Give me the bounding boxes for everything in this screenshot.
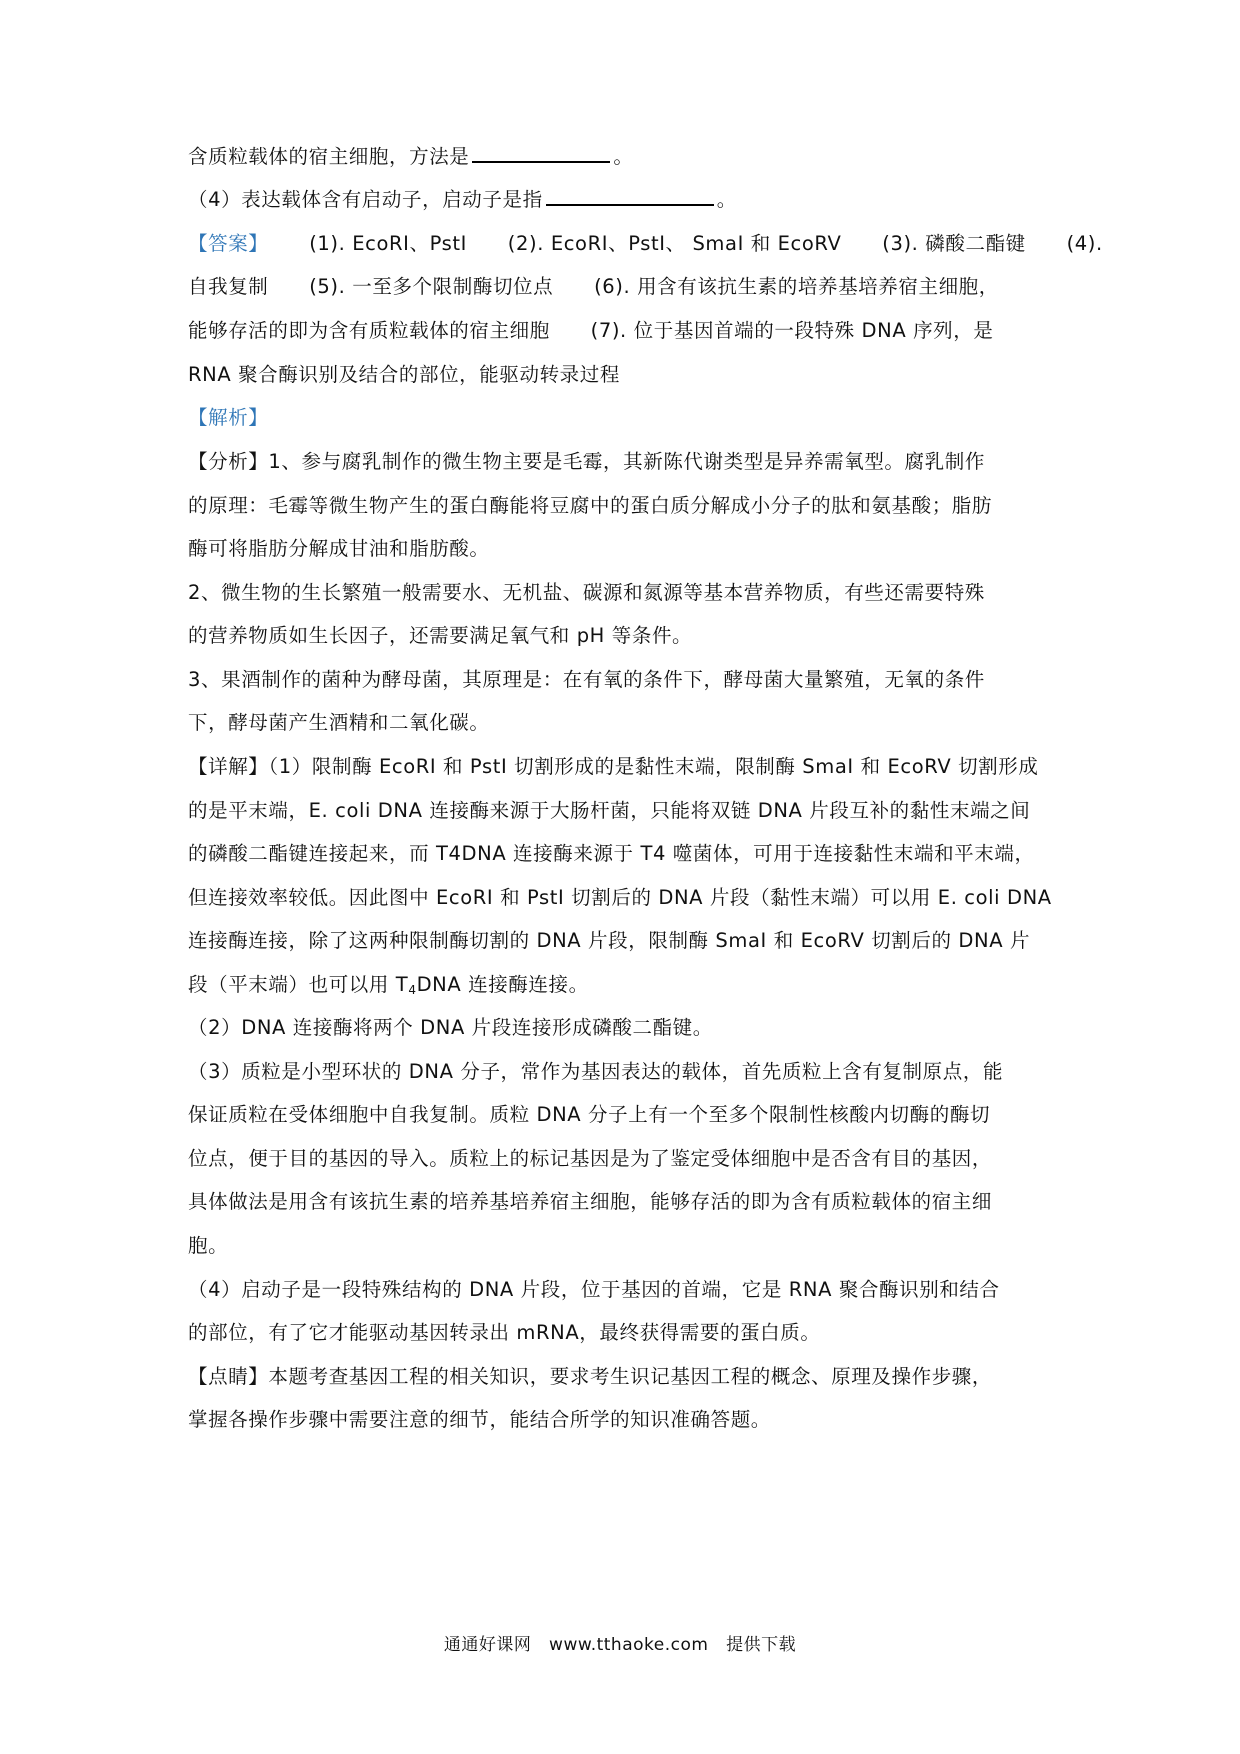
answer-item-1: (1). EcoRI、PstI [309, 232, 467, 255]
document-page: 含质粒载体的宿主细胞，方法是。 （4）表达载体含有启动子，启动子是指。 【答案】… [0, 0, 1240, 1754]
paragraph-text: （3）质粒是小型环状的 DNA 分子，常作为基因表达的载体，首先质粒上含有复制原… [188, 1060, 1003, 1083]
paragraph-text: 掌握各操作步骤中需要注意的细节，能结合所学的知识准确答题。 [188, 1408, 771, 1431]
paragraph-text: （2）DNA 连接酶将两个 DNA 片段连接形成磷酸二酯键。 [188, 1016, 713, 1039]
period: 。 [613, 145, 633, 168]
question-text: （4）表达载体含有启动子，启动子是指 [188, 188, 543, 211]
analysis-heading: 【解析】 [188, 404, 1058, 432]
subscript: 4 [408, 983, 416, 997]
xiangjie-line-3: 的磷酸二酯键连接起来，而 T4DNA 连接酶来源于 T4 噬菌体，可用于连接黏性… [188, 840, 1058, 868]
paragraph-text: 的原理：毛霉等微生物产生的蛋白酶能将豆腐中的蛋白质分解成小分子的肽和氨基酸；脂肪 [188, 494, 992, 517]
analysis-label: 【解析】 [188, 406, 268, 429]
paragraph-text: DNA 连接酶连接。 [417, 973, 589, 996]
paragraph-text: 本题考查基因工程的相关知识，要求考生识记基因工程的概念、原理及操作步骤， [268, 1365, 992, 1388]
footer-site-name: 通通好课网 [444, 1635, 532, 1655]
fenxi-line-2: 的原理：毛霉等微生物产生的蛋白酶能将豆腐中的蛋白质分解成小分子的肽和氨基酸；脂肪 [188, 492, 1058, 520]
xiangjie-line-13: （4）启动子是一段特殊结构的 DNA 片段，位于基因的首端，它是 RNA 聚合酶… [188, 1276, 1058, 1304]
xiangjie-line-6: 段（平末端）也可以用 T4DNA 连接酶连接。 [188, 971, 1058, 1004]
paragraph-text: 连接酶连接，除了这两种限制酶切割的 DNA 片段，限制酶 SmaI 和 EcoR… [188, 929, 1030, 952]
period: 。 [717, 188, 737, 211]
answer-line-1: 【答案】 (1). EcoRI、PstI (2). EcoRI、PstI、 Sm… [188, 230, 1058, 258]
footer-url[interactable]: www.tthaoke.com [549, 1635, 708, 1655]
paragraph-text: 的磷酸二酯键连接起来，而 T4DNA 连接酶来源于 T4 噬菌体，可用于连接黏性… [188, 842, 1035, 865]
paragraph-text: 的是平末端，E. coli DNA 连接酶来源于大肠杆菌，只能将双链 DNA 片… [188, 799, 1030, 822]
answer-blank [472, 143, 610, 163]
answer-line-3: 能够存活的即为含有质粒载体的宿主细胞 (7). 位于基因首端的一段特殊 DNA … [188, 317, 1058, 345]
xiangjie-line-4: 但连接效率较低。因此图中 EcoRI 和 PstI 切割后的 DNA 片段（黏性… [188, 884, 1058, 912]
xiangjie-line-9: 保证质粒在受体细胞中自我复制。质粒 DNA 分子上有一个至多个限制性核酸内切酶的… [188, 1101, 1058, 1129]
xiangjie-line-1: 【详解】（1）限制酶 EcoRI 和 PstI 切割形成的是黏性末端，限制酶 S… [188, 753, 1058, 781]
fenxi-line-6: 3、果酒制作的菌种为酵母菌，其原理是：在有氧的条件下，酵母菌大量繁殖，无氧的条件 [188, 666, 1058, 694]
footer-suffix: 提供下载 [726, 1635, 796, 1655]
answer-item-3: (3). 磷酸二酯键 [882, 232, 1026, 255]
paragraph-text: 的营养物质如生长因子，还需要满足氧气和 pH 等条件。 [188, 624, 692, 647]
answer-item-2: (2). EcoRI、PstI、 SmaI 和 EcoRV [508, 232, 842, 255]
answer-item-4-text: 自我复制 [188, 275, 268, 298]
answer-item-4: (4). [1067, 232, 1103, 255]
xiangjie-line-10: 位点，便于目的基因的导入。质粒上的标记基因是为了鉴定受体细胞中是否含有目的基因， [188, 1145, 1058, 1173]
xiangjie-line-14: 的部位，有了它才能驱动基因转录出 mRNA，最终获得需要的蛋白质。 [188, 1319, 1058, 1347]
fenxi-line-1: 【分析】1、参与腐乳制作的微生物主要是毛霉，其新陈代谢类型是异养需氧型。腐乳制作 [188, 448, 1058, 476]
paragraph-text: 位点，便于目的基因的导入。质粒上的标记基因是为了鉴定受体细胞中是否含有目的基因， [188, 1147, 992, 1170]
paragraph-text: 1、参与腐乳制作的微生物主要是毛霉，其新陈代谢类型是异养需氧型。腐乳制作 [268, 450, 985, 473]
paragraph-text: 2、微生物的生长繁殖一般需要水、无机盐、碳源和氮源等基本营养物质，有些还需要特殊 [188, 581, 985, 604]
paragraph-text: （4）启动子是一段特殊结构的 DNA 片段，位于基因的首端，它是 RNA 聚合酶… [188, 1278, 1000, 1301]
answer-item-6-cont: 能够存活的即为含有质粒载体的宿主细胞 [188, 319, 550, 342]
fenxi-line-7: 下，酵母菌产生酒精和二氧化碳。 [188, 709, 1058, 737]
fenxi-line-3: 酶可将脂肪分解成甘油和脂肪酸。 [188, 535, 1058, 563]
question-line-1: 含质粒载体的宿主细胞，方法是。 [188, 143, 1058, 171]
xiangjie-line-2: 的是平末端，E. coli DNA 连接酶来源于大肠杆菌，只能将双链 DNA 片… [188, 797, 1058, 825]
fenxi-label: 【分析】 [188, 450, 268, 473]
answer-blank [546, 186, 714, 206]
paragraph-text: 保证质粒在受体细胞中自我复制。质粒 DNA 分子上有一个至多个限制性核酸内切酶的… [188, 1103, 990, 1126]
page-footer: 通通好课网 www.tthaoke.com 提供下载 [0, 1630, 1240, 1655]
answer-label: 【答案】 [188, 232, 268, 255]
fenxi-line-5: 的营养物质如生长因子，还需要满足氧气和 pH 等条件。 [188, 622, 1058, 650]
paragraph-text: 具体做法是用含有该抗生素的培养基培养宿主细胞，能够存活的即为含有质粒载体的宿主细 [188, 1190, 992, 1213]
xiangjie-line-7: （2）DNA 连接酶将两个 DNA 片段连接形成磷酸二酯键。 [188, 1014, 1058, 1042]
paragraph-text: 胞。 [188, 1234, 228, 1257]
answer-item-6: (6). 用含有该抗生素的培养基培养宿主细胞， [594, 275, 999, 298]
xiangjie-label: 【详解】 [188, 755, 268, 778]
xiangjie-line-11: 具体做法是用含有该抗生素的培养基培养宿主细胞，能够存活的即为含有质粒载体的宿主细 [188, 1188, 1058, 1216]
question-line-2: （4）表达载体含有启动子，启动子是指。 [188, 186, 1058, 214]
xiangjie-line-8: （3）质粒是小型环状的 DNA 分子，常作为基因表达的载体，首先质粒上含有复制原… [188, 1058, 1058, 1086]
paragraph-text: 酶可将脂肪分解成甘油和脂肪酸。 [188, 537, 490, 560]
dianjing-line-1: 【点睛】本题考查基因工程的相关知识，要求考生识记基因工程的概念、原理及操作步骤， [188, 1363, 1058, 1391]
paragraph-text: 3、果酒制作的菌种为酵母菌，其原理是：在有氧的条件下，酵母菌大量繁殖，无氧的条件 [188, 668, 985, 691]
answer-line-4: RNA 聚合酶识别及结合的部位，能驱动转录过程 [188, 361, 1058, 389]
answer-item-7: (7). 位于基因首端的一段特殊 DNA 序列，是 [591, 319, 994, 342]
answer-line-2: 自我复制 (5). 一至多个限制酶切位点 (6). 用含有该抗生素的培养基培养宿… [188, 273, 1058, 301]
question-text: 含质粒载体的宿主细胞，方法是 [188, 145, 469, 168]
xiangjie-line-5: 连接酶连接，除了这两种限制酶切割的 DNA 片段，限制酶 SmaI 和 EcoR… [188, 927, 1058, 955]
paragraph-text: （1）限制酶 EcoRI 和 PstI 切割形成的是黏性末端，限制酶 SmaI … [268, 755, 1038, 778]
paragraph-text: 下，酵母菌产生酒精和二氧化碳。 [188, 711, 490, 734]
answer-item-5: (5). 一至多个限制酶切位点 [309, 275, 553, 298]
dianjing-line-2: 掌握各操作步骤中需要注意的细节，能结合所学的知识准确答题。 [188, 1406, 1058, 1434]
answer-item-7-cont: RNA 聚合酶识别及结合的部位，能驱动转录过程 [188, 363, 620, 386]
paragraph-text: 的部位，有了它才能驱动基因转录出 mRNA，最终获得需要的蛋白质。 [188, 1321, 820, 1344]
fenxi-line-4: 2、微生物的生长繁殖一般需要水、无机盐、碳源和氮源等基本营养物质，有些还需要特殊 [188, 579, 1058, 607]
paragraph-text: 但连接效率较低。因此图中 EcoRI 和 PstI 切割后的 DNA 片段（黏性… [188, 886, 1052, 909]
xiangjie-line-12: 胞。 [188, 1232, 1058, 1260]
paragraph-text: 段（平末端）也可以用 T [188, 973, 408, 996]
dianjing-label: 【点睛】 [188, 1365, 268, 1388]
